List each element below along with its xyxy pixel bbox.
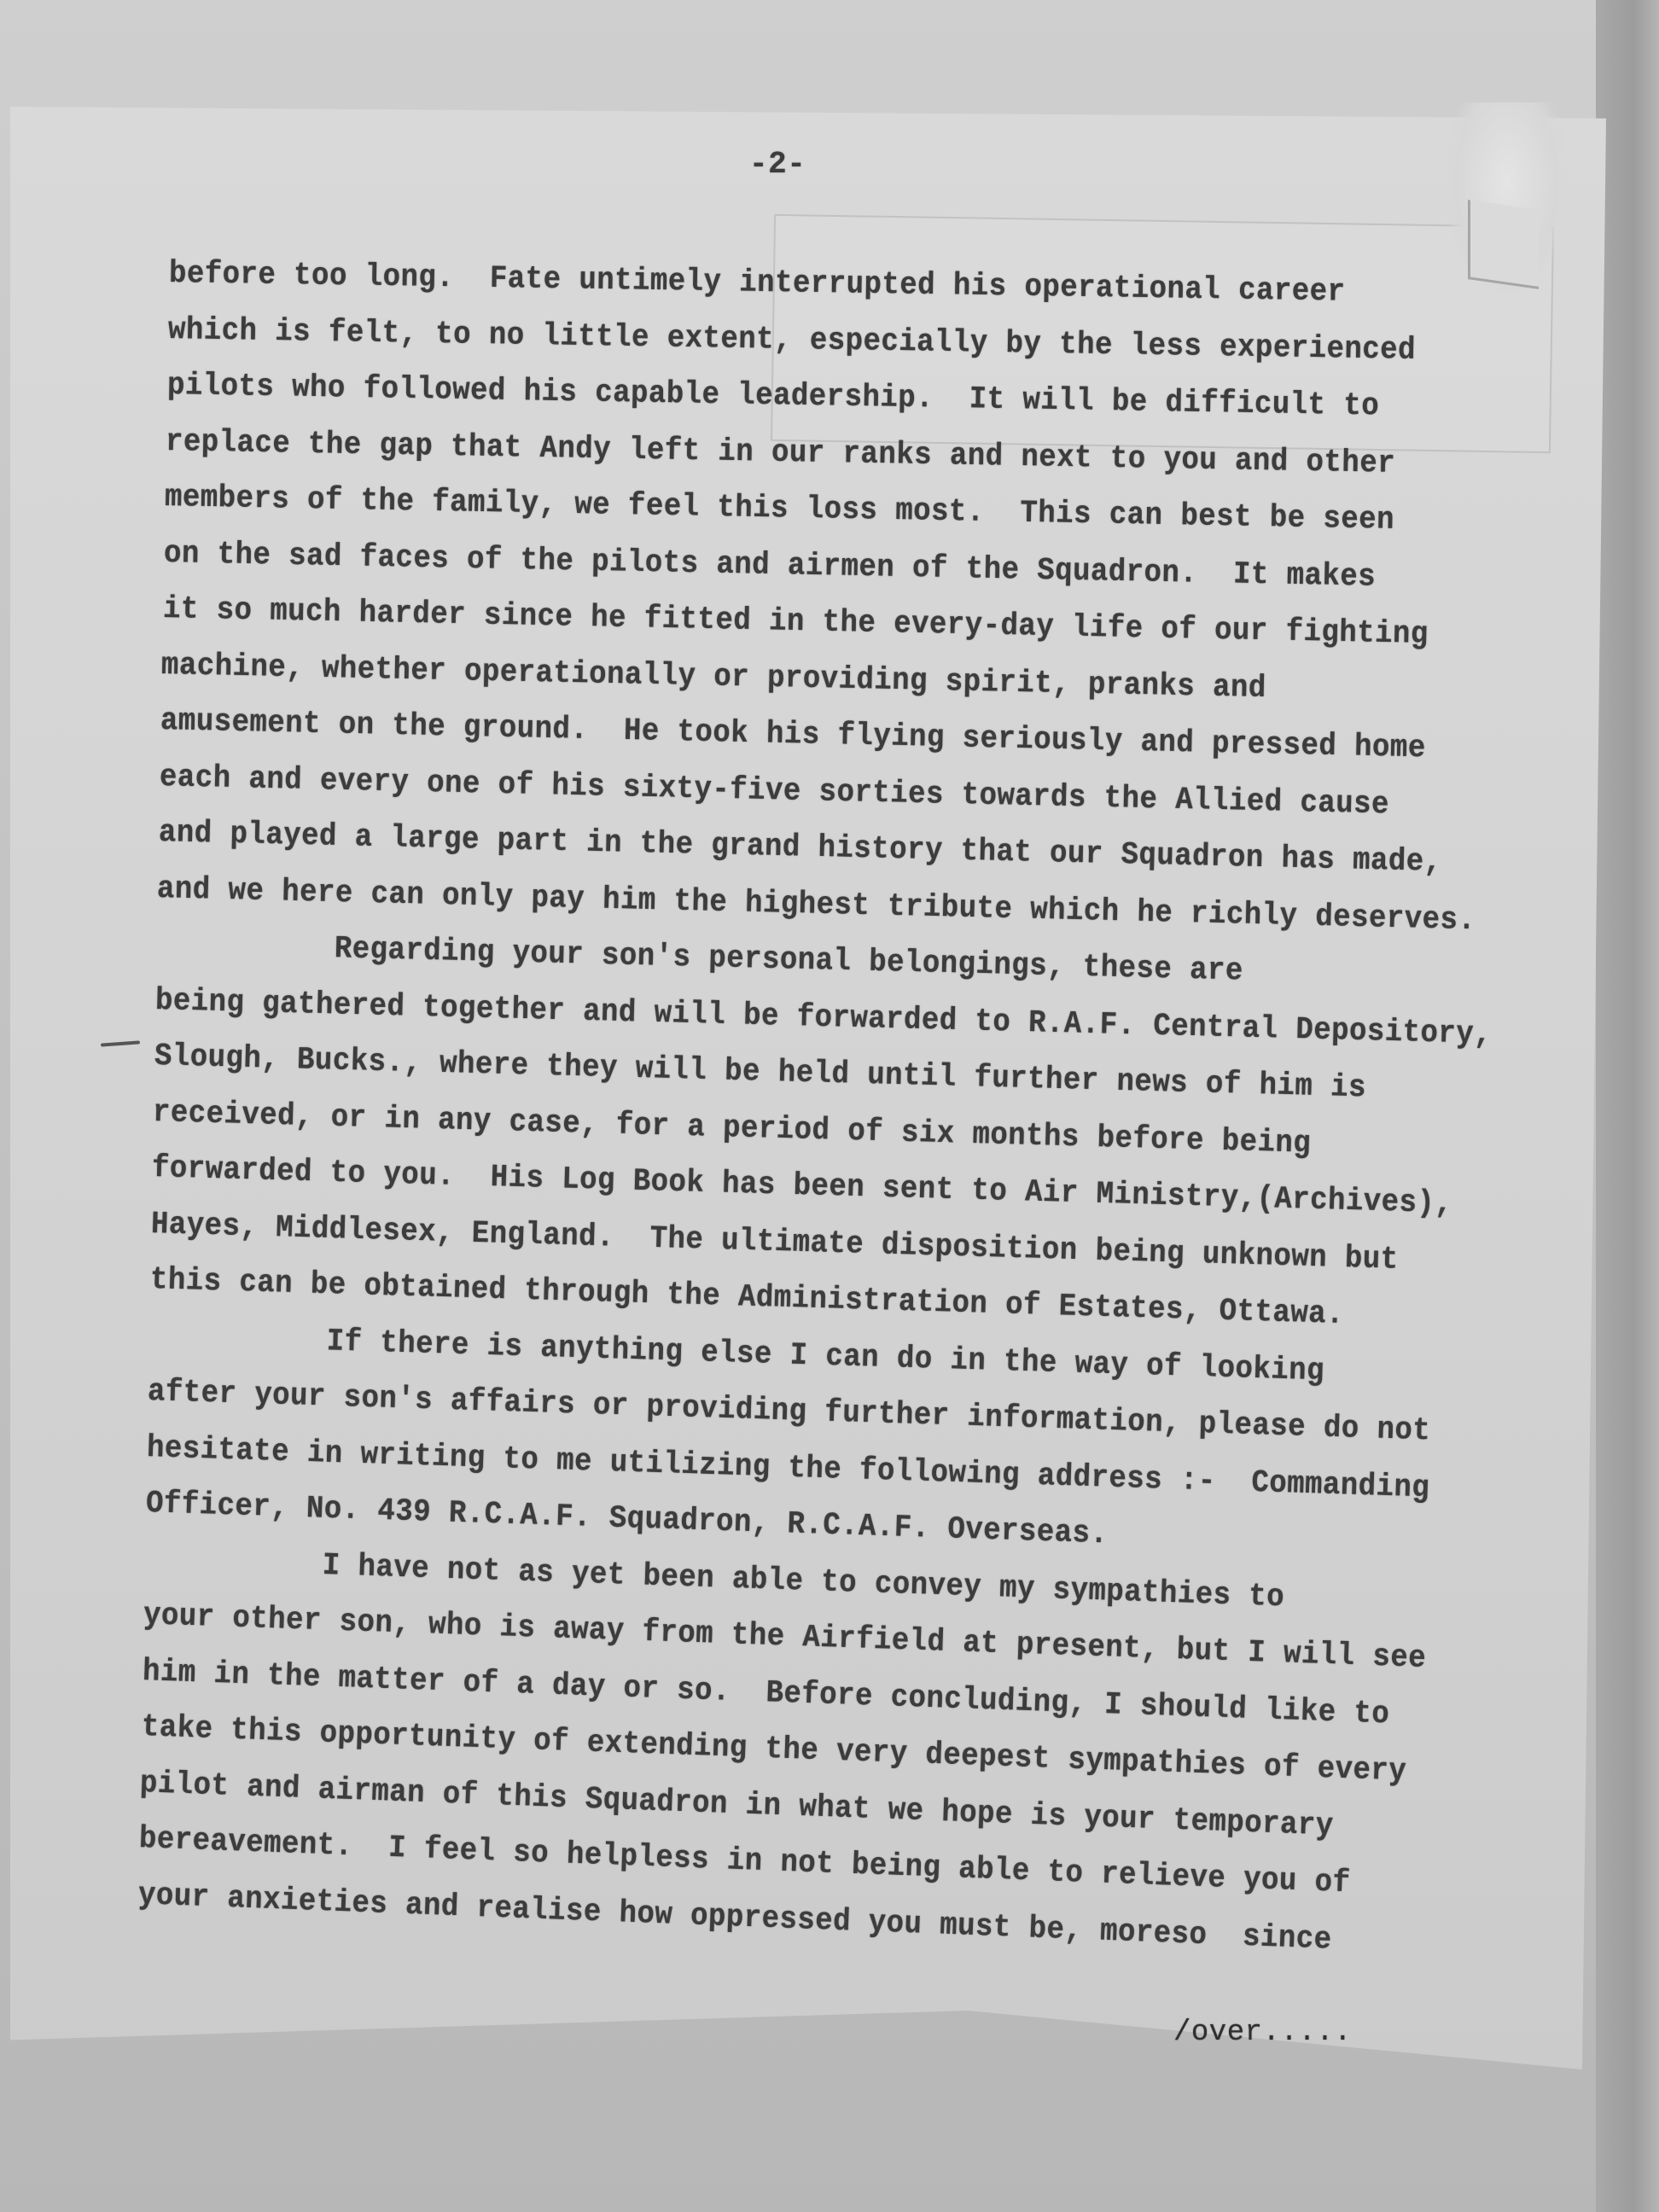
continuation-note: /over.....: [1173, 2017, 1352, 2049]
binder-edge: [1596, 0, 1659, 2212]
page-number: -2-: [749, 147, 806, 182]
torn-corner-flap: [1468, 200, 1539, 289]
